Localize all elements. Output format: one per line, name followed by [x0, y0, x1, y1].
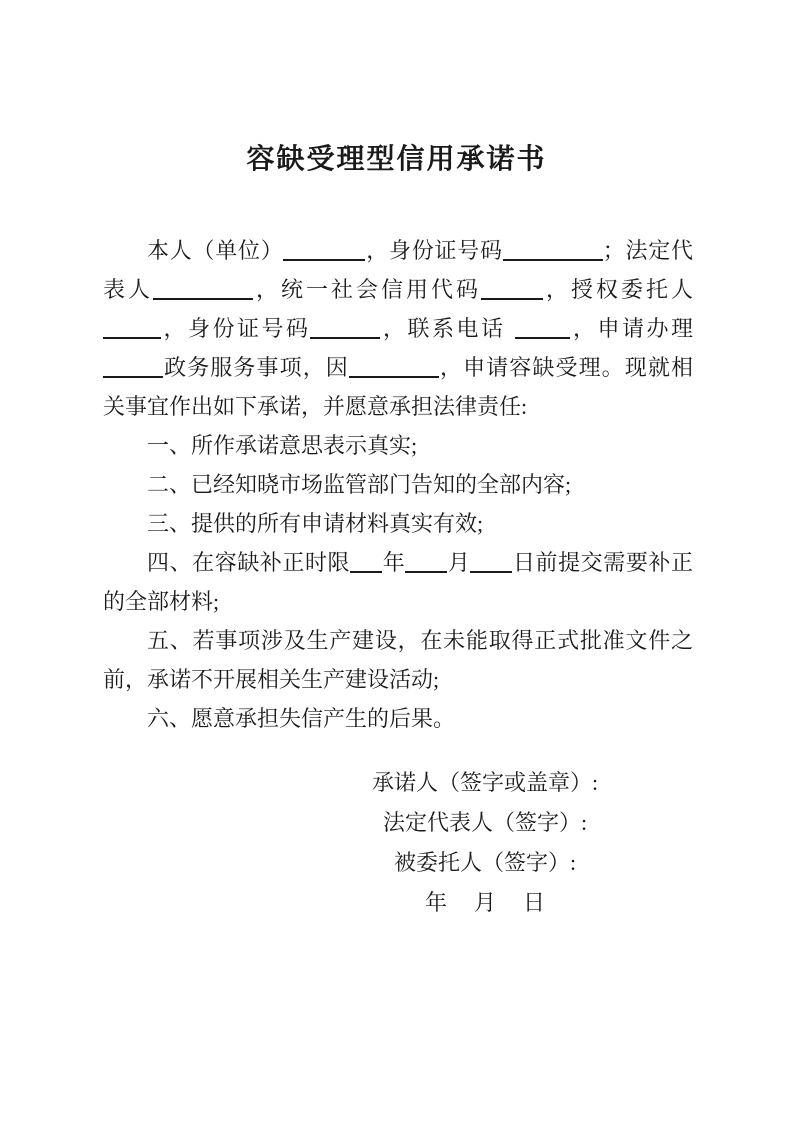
- commitment-item-6: 六、愿意承担失信产生的后果。: [103, 699, 693, 738]
- blank-legal-rep-name: [153, 276, 253, 300]
- commitment-item-5: 五、若事项涉及生产建设，在未能取得正式批准文件之前，承诺不开展相关生产建设活动;: [103, 621, 693, 699]
- blank-id-number-2: [310, 315, 380, 339]
- blank-deadline-month: [405, 549, 447, 573]
- intro-seg-applicant: 本人（单位）: [147, 238, 283, 263]
- intro-seg-apply-label: ，申请办理: [570, 316, 693, 341]
- signature-block: 承诺人（签字或盖章）: 法定代表人（签字）: 被委托人（签字）: 年月日: [335, 763, 635, 923]
- document-page: 容缺受理型信用承诺书 本人（单位），身份证号码；法定代表人，统一社会信用代码，授…: [0, 0, 793, 1122]
- signature-line-legal-rep: 法定代表人（签字）:: [335, 803, 635, 843]
- document-title: 容缺受理型信用承诺书: [0, 0, 793, 179]
- blank-entrusted-person: [103, 315, 161, 339]
- signature-date-line: 年月日: [335, 883, 635, 923]
- commitment-item-1: 一、所作承诺意思表示真实;: [103, 426, 693, 465]
- date-month-label: 月: [474, 890, 496, 915]
- blank-id-number: [503, 237, 603, 261]
- intro-seg-id-label: ，身份证号码: [365, 238, 502, 263]
- signature-line-promiser: 承诺人（签字或盖章）:: [335, 763, 635, 803]
- date-day-label: 日: [523, 890, 545, 915]
- date-year-label: 年: [425, 890, 447, 915]
- item4-seg-year-label: 年: [382, 550, 405, 575]
- item4-seg-deadline-label: 四、在容缺补正时限: [147, 550, 350, 575]
- intro-seg-credit-code-label: ，统一社会信用代码: [253, 277, 481, 302]
- document-body: 本人（单位），身份证号码；法定代表人，统一社会信用代码，授权委托人，身份证号码，…: [103, 231, 693, 738]
- signature-line-entrusted: 被委托人（签字）:: [335, 843, 635, 883]
- commitment-item-3: 三、提供的所有申请材料真实有效;: [103, 504, 693, 543]
- intro-paragraph: 本人（单位），身份证号码；法定代表人，统一社会信用代码，授权委托人，身份证号码，…: [103, 231, 693, 426]
- blank-reason: [349, 354, 439, 378]
- blank-phone-number: [515, 315, 570, 339]
- blank-credit-code: [481, 276, 543, 300]
- commitment-item-4: 四、在容缺补正时限年月日前提交需要补正的全部材料;: [103, 543, 693, 621]
- item4-seg-month-label: 月: [447, 550, 470, 575]
- intro-seg-id2-label: ，身份证号码: [161, 316, 310, 341]
- intro-seg-entrusted-label: ，授权委托人: [543, 277, 693, 302]
- intro-seg-phone-label: ，联系电话: [380, 316, 505, 341]
- intro-seg-reason-label: 政务服务事项，因: [163, 355, 349, 380]
- blank-deadline-year: [350, 549, 382, 573]
- blank-service-item: [103, 354, 163, 378]
- commitment-item-2: 二、已经知晓市场监管部门告知的全部内容;: [103, 465, 693, 504]
- blank-deadline-day: [470, 549, 512, 573]
- blank-applicant-name: [283, 237, 365, 261]
